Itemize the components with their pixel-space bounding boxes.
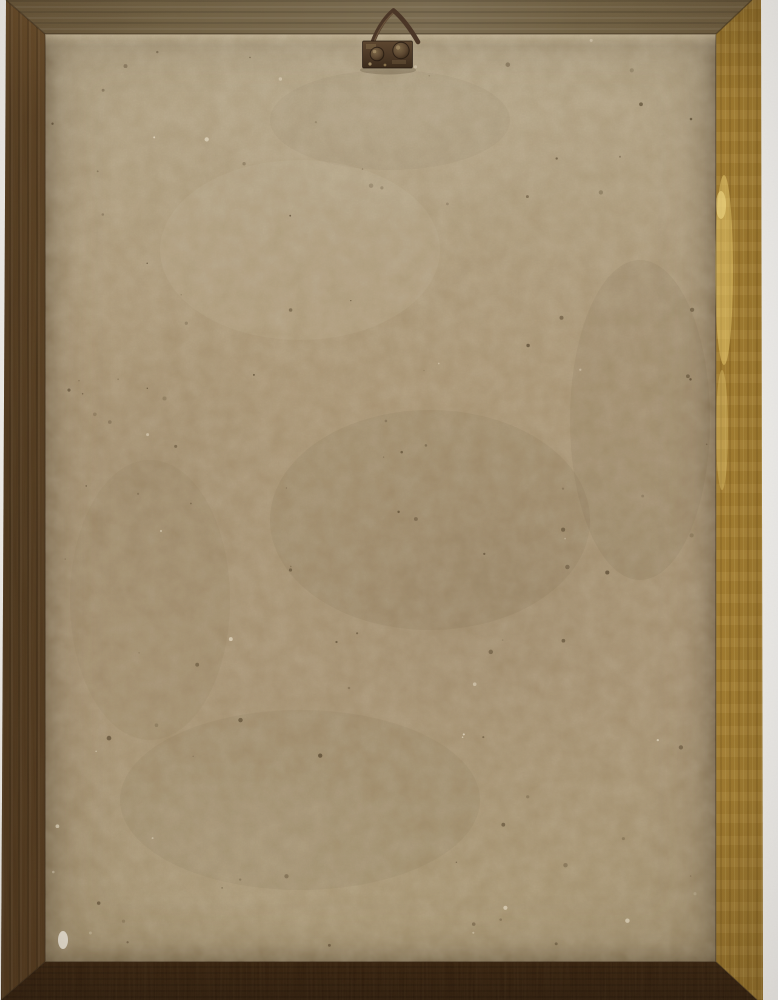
backing-top-edge-highlight [45,34,716,46]
backing-board [45,34,716,962]
photo-back-of-frame [0,0,778,1000]
